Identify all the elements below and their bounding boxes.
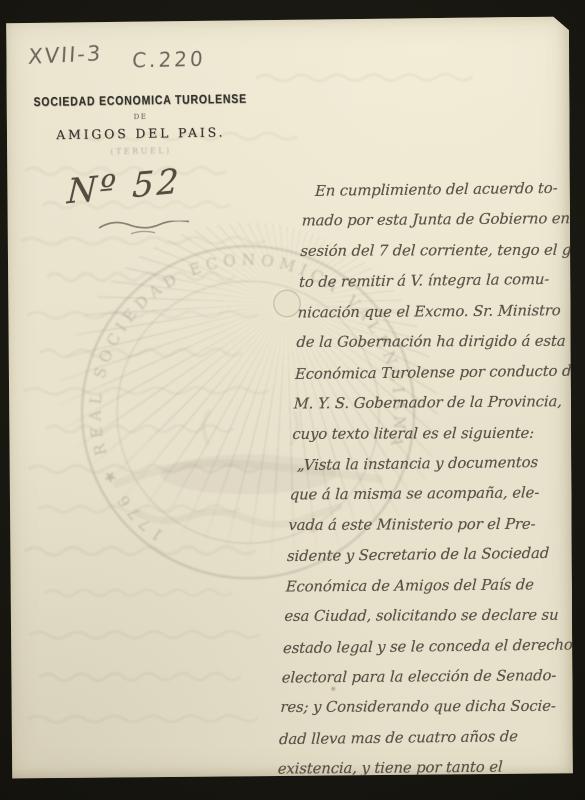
letterhead-de: DE	[32, 111, 248, 122]
manuscript-line: En cumplimiento del acuerdo to-	[302, 173, 585, 207]
manuscript-line: „Vista la instancia y documentos	[290, 447, 585, 481]
manuscript-line: estado legal y se le conceda el derecho	[282, 630, 579, 664]
manuscript-line: sesión del 7 del corriente, tengo el gus…	[300, 235, 585, 267]
manuscript-line: Económica de Amigos del País de	[285, 570, 582, 603]
manuscript-line: Económica Turolense por conducto del	[294, 356, 585, 390]
manuscript-line: vada á este Ministerio por el Pre-	[288, 509, 585, 541]
manuscript-line: existencia, y tiene por tanto el	[277, 752, 574, 785]
document-page: 1776 ★ REAL SOCIEDAD ECONOMICA VALENCIAN…	[6, 17, 573, 779]
manuscript-line: esa Ciudad, solicitando se declare su	[284, 601, 581, 633]
manuscript-line: cuyo texto literal es el siguiente:	[292, 418, 585, 450]
letter-body: En cumplimiento del acuerdo to- mado por…	[277, 174, 585, 785]
manuscript-line: nicación que el Excmo. Sr. Ministro	[297, 296, 585, 329]
manuscript-line: M. Y. S. Gobernador de la Provincia,	[293, 387, 585, 420]
scan-background: 1776 ★ REAL SOCIEDAD ECONOMICA VALENCIAN…	[0, 0, 585, 800]
letterhead-amigos: AMIGOS DEL PAIS.	[33, 124, 249, 142]
manuscript-line: sidente y Secretario de la Sociedad	[286, 539, 583, 573]
letterhead-society-name: SOCIEDAD ECONOMICA TUROLENSE	[32, 92, 248, 110]
manuscript-line: to de remitir á V. íntegra la comu-	[298, 265, 585, 299]
manuscript-line: dad lleva mas de cuatro años de	[278, 721, 575, 755]
manuscript-line: que á la misma se acompaña, ele-	[289, 478, 585, 511]
letterhead-stamp: SOCIEDAD ECONOMICA TUROLENSE DE AMIGOS D…	[32, 93, 249, 157]
archival-mark-code: C.220	[132, 47, 207, 73]
manuscript-line: mado por esta Junta de Gobierno en	[301, 204, 585, 237]
seal-figures	[204, 410, 298, 446]
manuscript-line: electoral para la elección de Senado-	[281, 661, 578, 694]
document-number-underline	[97, 220, 201, 237]
archival-mark-volume: XVII-3	[28, 41, 103, 69]
manuscript-line: de la Gobernación ha dirigido á esta	[296, 327, 585, 359]
manuscript-line: res; y Considerando que dicha Socie-	[280, 692, 577, 724]
